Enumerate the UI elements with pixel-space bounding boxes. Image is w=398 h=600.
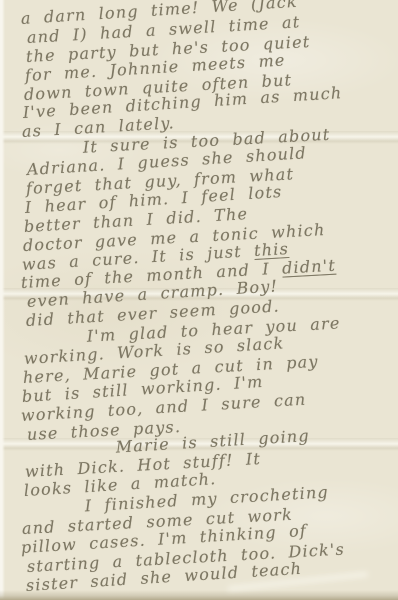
letter-page: a darn long time! We (Jackand I) had a s…	[0, 0, 398, 600]
handwriting-segment: this	[254, 239, 290, 260]
paper-left-edge	[0, 0, 5, 600]
handwritten-text: a darn long time! We (Jackand I) had a s…	[24, 10, 398, 596]
